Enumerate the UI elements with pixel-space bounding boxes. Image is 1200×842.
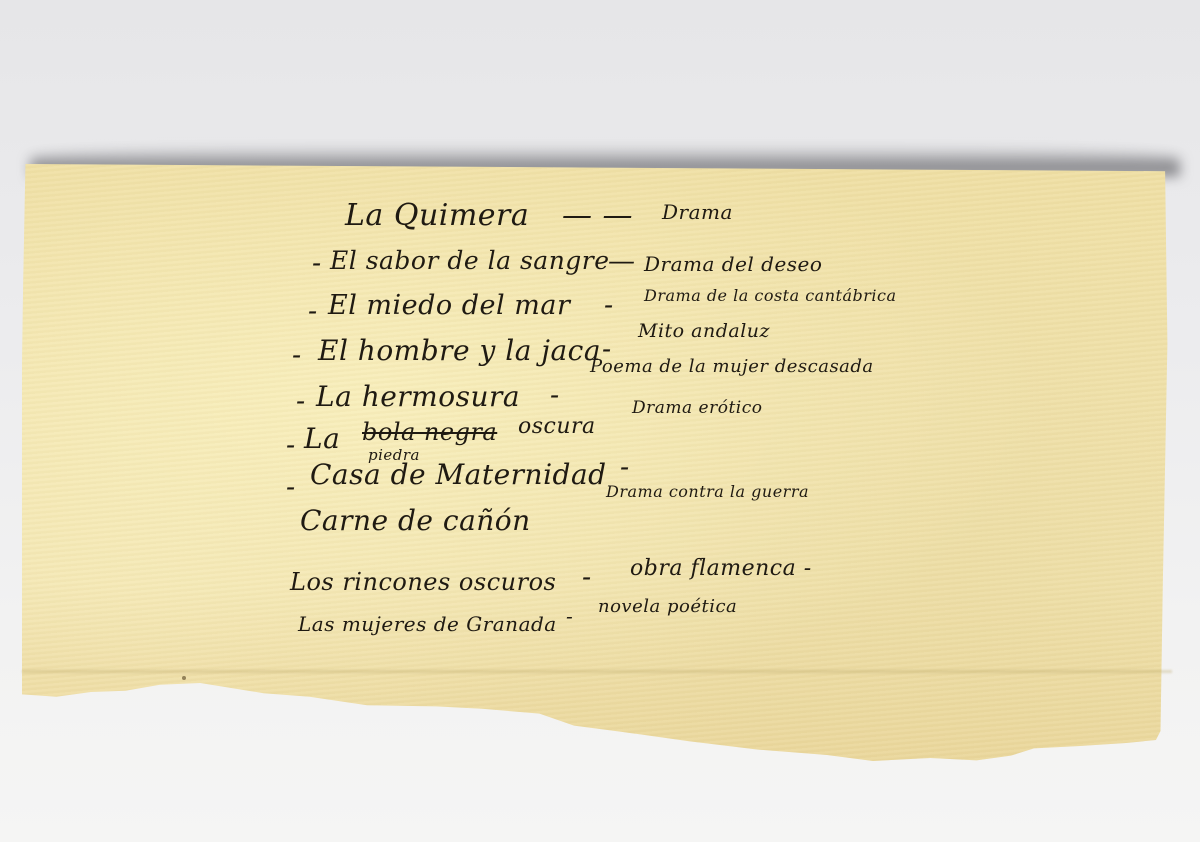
- entry-genre: Drama contra la guerra: [606, 482, 809, 501]
- entry-work: El miedo del mar: [328, 290, 570, 321]
- entry-genre: Drama erótico: [632, 398, 763, 418]
- title-genre: Drama: [662, 200, 733, 224]
- entry-separator: —: [608, 246, 636, 277]
- entry-work: El sabor de la sangre: [330, 246, 610, 275]
- entry-bullet: -: [312, 248, 322, 279]
- entry-genre: Poema de la mujer descasada: [590, 356, 874, 377]
- entry-separator: -: [550, 380, 560, 411]
- entry-genre: novela poética: [598, 596, 737, 617]
- entry-work: Los rincones oscuros: [290, 568, 556, 596]
- ink-speck: [182, 676, 186, 680]
- entry-separator: -: [582, 562, 592, 593]
- title-work: La Quimera: [345, 198, 529, 233]
- paper-fold-crease: [22, 670, 1172, 673]
- struck-words: bola negra: [362, 418, 497, 446]
- entry-bullet: -: [296, 386, 306, 417]
- entry-bullet: -: [286, 472, 296, 503]
- entry-bullet: -: [308, 296, 318, 327]
- entry-bullet: -: [286, 430, 296, 461]
- entry-separator: -: [620, 452, 630, 483]
- entry-work-suffix: oscura: [518, 414, 596, 439]
- entry-work: El hombre y la jaca: [318, 334, 601, 367]
- entry-work: Carne de cañón: [300, 504, 531, 537]
- entry-work-prefix: La: [304, 422, 340, 455]
- entry-work: La hermosura: [316, 380, 520, 413]
- entry-work: Las mujeres de Granada: [298, 612, 557, 636]
- entry-genre: Drama de la costa cantábrica: [644, 286, 897, 305]
- title-dash: — —: [562, 198, 633, 233]
- entry-bullet: -: [292, 340, 302, 371]
- entry-genre: obra flamenca -: [630, 556, 812, 581]
- entry-separator: -: [604, 290, 614, 321]
- entry-genre: Drama del deseo: [644, 252, 822, 276]
- entry-work: Casa de Maternidad: [310, 458, 607, 491]
- entry-separator: -: [566, 604, 573, 628]
- entry-genre: Mito andaluz: [638, 320, 770, 342]
